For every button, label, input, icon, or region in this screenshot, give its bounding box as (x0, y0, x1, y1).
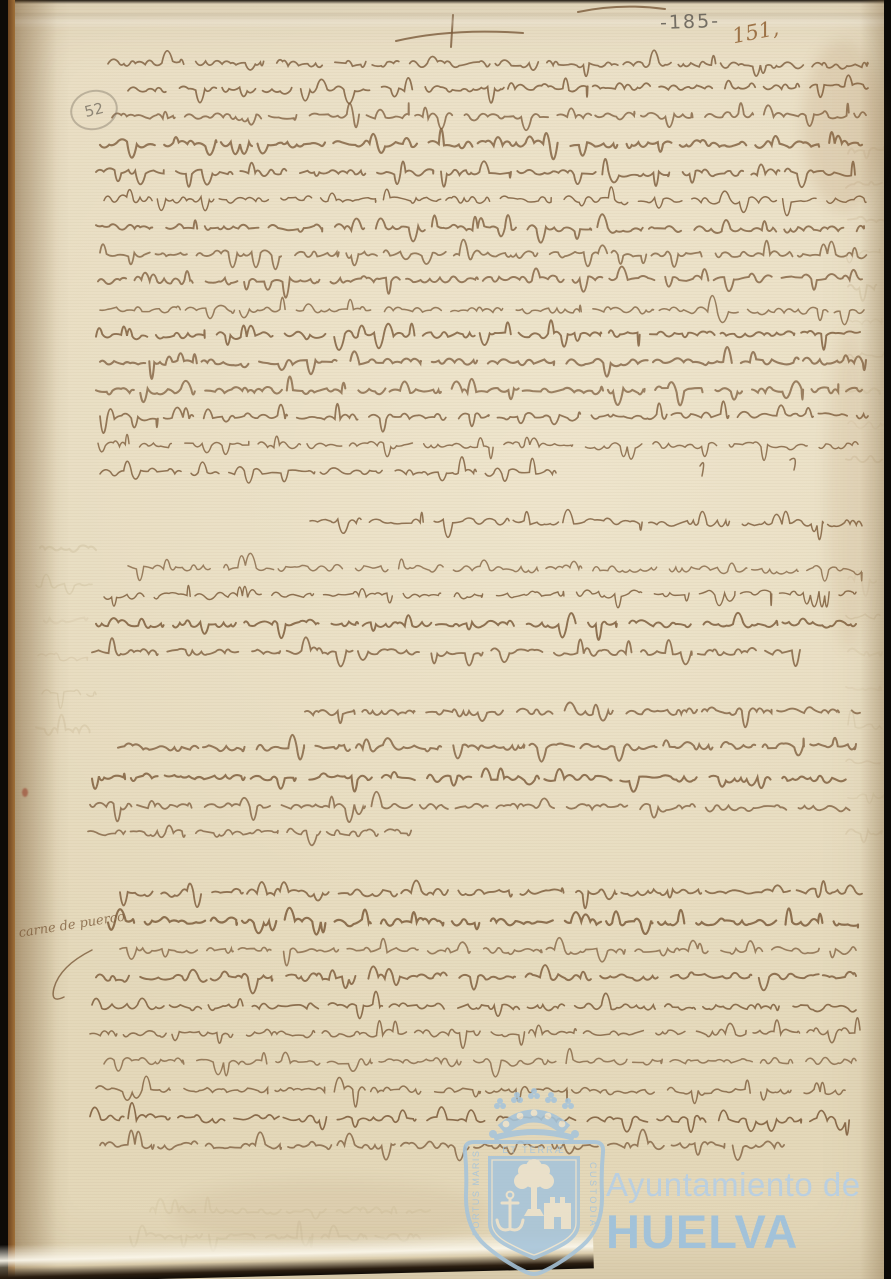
manuscript-stroke (92, 991, 856, 1018)
huelva-watermark-text: Ayuntamiento de HUELVA (606, 1166, 861, 1259)
manuscript-stroke (118, 735, 856, 762)
manuscript-stroke (96, 214, 864, 242)
page-number-pencil: -185- (660, 10, 721, 34)
book-gutter-edge (8, 0, 15, 1279)
paper-stain (170, 1180, 490, 1244)
crown-fleuron (494, 1088, 574, 1109)
manuscript-stroke (120, 938, 856, 966)
crown-icon (489, 1088, 579, 1138)
huelva-coat-of-arms: ET TERRÆ PORTUS MARIS CUSTODIA (448, 1076, 620, 1278)
gutter-shadow (15, 0, 57, 1279)
manuscript-stroke (104, 585, 856, 607)
manuscript-stroke (92, 768, 846, 791)
shield-motto-left: PORTUS MARIS (471, 1150, 481, 1236)
manuscript-page-scan: -185- 151, 52 carne de puerco (0, 0, 891, 1279)
manuscript-stroke (128, 553, 862, 581)
manuscript-stroke (96, 965, 856, 993)
ink-spot (22, 788, 28, 797)
manuscript-stroke (310, 510, 862, 540)
manuscript-stroke (112, 103, 866, 130)
manuscript-stroke (128, 75, 868, 103)
manuscript-stroke (100, 401, 868, 433)
manuscript-stroke (120, 881, 862, 909)
manuscript-stroke (100, 240, 866, 270)
manuscript-stroke (700, 463, 704, 476)
scan-edge-top (0, 0, 891, 4)
scan-edge-left (0, 0, 8, 1279)
manuscript-stroke (108, 50, 868, 76)
shield-motto-top: ET TERRÆ (502, 1145, 565, 1155)
shield-icon: ET TERRÆ PORTUS MARIS CUSTODIA (465, 1142, 603, 1274)
paper-stain (803, 40, 883, 210)
manuscript-stroke (92, 637, 800, 666)
manuscript-stroke (90, 1018, 860, 1048)
scan-edge-right (884, 0, 891, 1279)
manuscript-stroke (96, 159, 855, 187)
manuscript-stroke (578, 7, 665, 12)
shield-motto-right: CUSTODIA (588, 1162, 598, 1228)
manuscript-stroke (88, 825, 411, 845)
manuscript-stroke (396, 32, 523, 41)
manuscript-stroke (96, 376, 862, 405)
watermark-org-name: Ayuntamiento de (606, 1166, 861, 1204)
manuscript-stroke (98, 267, 862, 298)
watermark-city-name: HUELVA (606, 1204, 861, 1259)
manuscript-stroke (90, 792, 850, 822)
paper-stain (827, 330, 871, 650)
manuscript-stroke (98, 435, 858, 461)
manuscript-stroke (100, 129, 862, 159)
handwritten-text-layer (0, 0, 891, 1279)
manuscript-stroke (104, 187, 866, 216)
manuscript-stroke (96, 613, 856, 640)
manuscript-stroke (305, 702, 860, 727)
manuscript-stroke (104, 1049, 856, 1077)
manuscript-stroke (108, 908, 858, 935)
manuscript-stroke (100, 347, 866, 379)
manuscript-stroke (96, 320, 860, 350)
manuscript-stroke (100, 1130, 784, 1161)
manuscript-stroke (790, 458, 795, 470)
manuscript-stroke (53, 950, 92, 999)
manuscript-stroke (100, 457, 556, 483)
manuscript-stroke (100, 296, 864, 325)
